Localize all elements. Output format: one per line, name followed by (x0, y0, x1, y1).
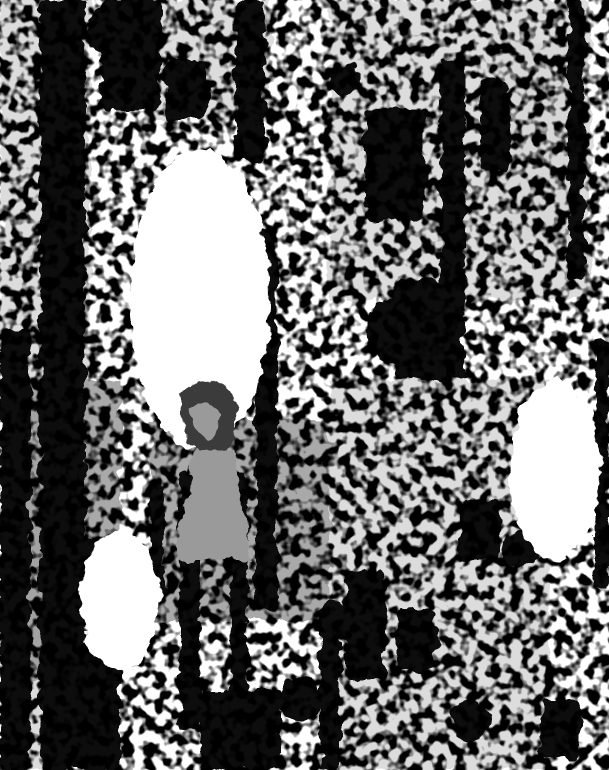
forest-photograph: Degraded monochrome photo of a forest sc… (0, 0, 609, 770)
posterized-forest-scene (0, 0, 609, 770)
